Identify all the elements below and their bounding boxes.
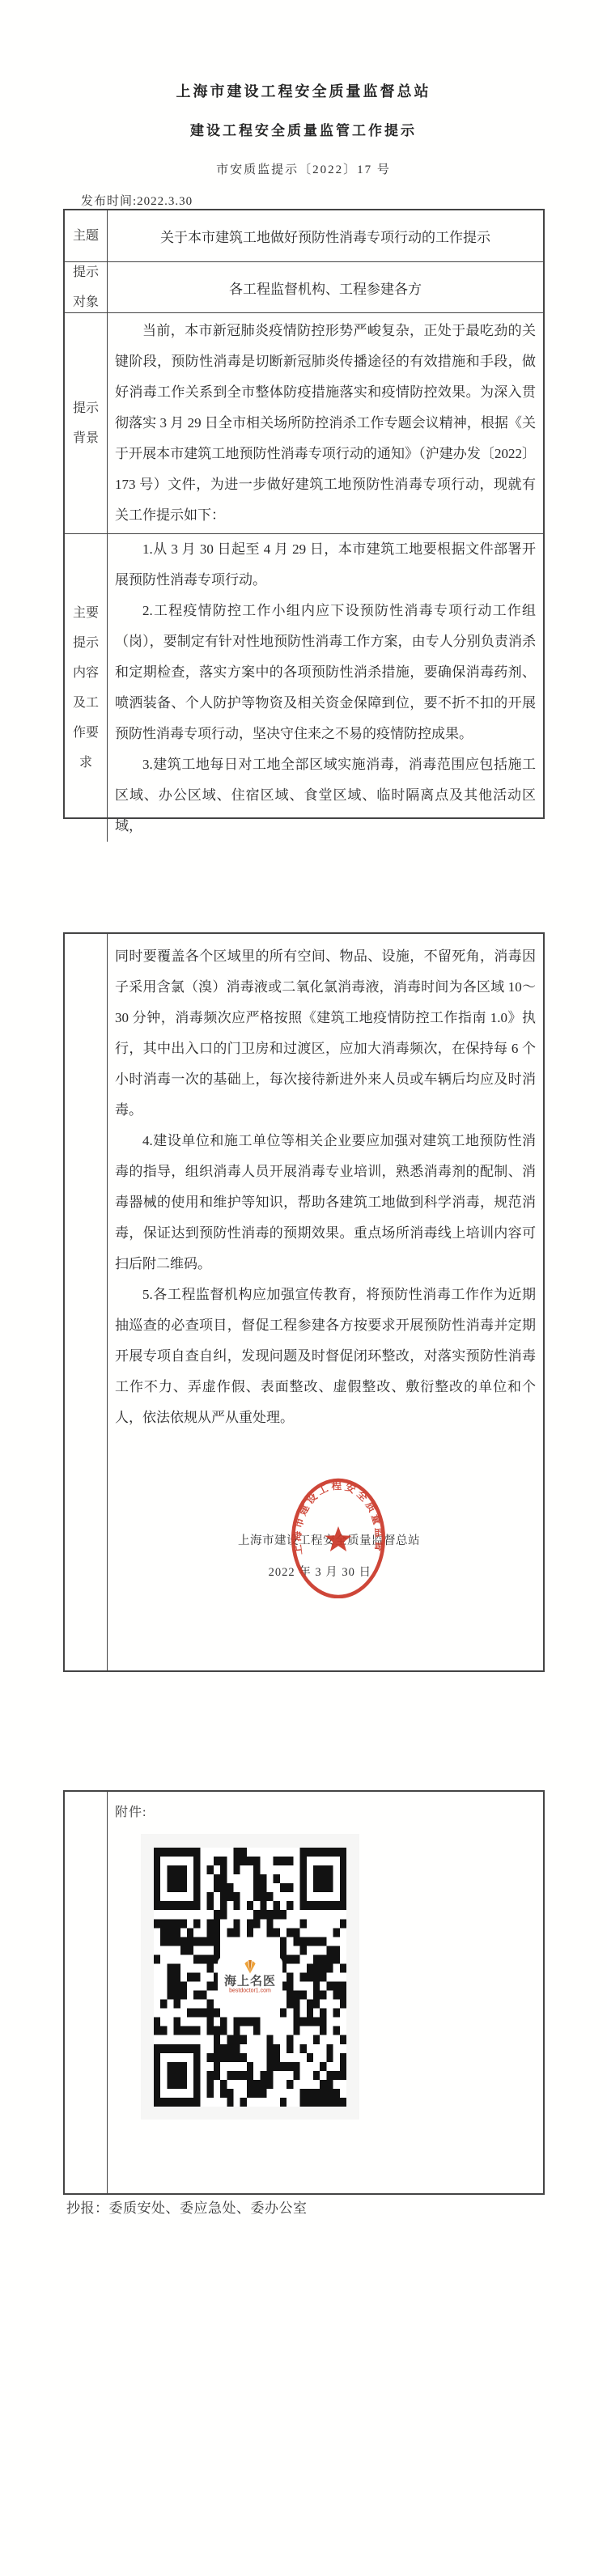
row-label-main-requirements: 主要 提示 内容 及工 作要 求	[65, 534, 108, 842]
org-title: 上海市建设工程安全质量监督总站	[0, 80, 607, 101]
signature-date: 2022 年 3 月 30 日	[269, 1563, 371, 1580]
qr-code: 海上名医 bestdoctor1.com	[154, 1848, 346, 2107]
row-background: 提示 背景 当前，本市新冠肺炎疫情防控形势严峻复杂，正处于最吃劲的关键阶段，预防…	[65, 313, 543, 534]
subject-content: 关于本市建筑工地做好预防性消毒专项行动的工作提示	[108, 210, 543, 261]
notice-table-page1: 主题 关于本市建筑工地做好预防性消毒专项行动的工作提示 提示 对象 各工程监督机…	[63, 209, 545, 819]
row-label-audience: 提示 对象	[65, 262, 108, 312]
qr-logo-subtitle: bestdoctor1.com	[218, 1988, 282, 1994]
notice-table-attachment: 附件: 海上名医 bestdoctor1.com	[63, 1790, 545, 2195]
requirement-item-4: 4.建设单位和施工单位等相关企业要应加强对建筑工地预防性消毒的指导，组织消毒人员…	[115, 1126, 536, 1280]
row-audience: 提示 对象 各工程监督机构、工程参建各方	[65, 262, 543, 313]
requirement-item-1: 1.从 3 月 30 日起至 4 月 29 日，本市建筑工地要根据文件部署开展预…	[115, 534, 536, 596]
background-content: 当前，本市新冠肺炎疫情防控形势严峻复杂，正处于最吃劲的关键阶段，预防性消毒是切断…	[108, 313, 543, 533]
notice-table-page2: 同时要覆盖各个区域里的所有空间、物品、设施，不留死角，消毒因子采用含氯（溴）消毒…	[63, 932, 545, 1672]
row-label-background: 提示 背景	[65, 313, 108, 533]
row-label-empty	[65, 934, 108, 1670]
row-label-empty-2	[65, 1792, 108, 2193]
row-label-subject: 主题	[65, 210, 108, 261]
doc-number: 市安质监提示〔2022〕17 号	[0, 160, 607, 177]
signature-org: 上海市建设工程安全质量监督总站	[238, 1531, 420, 1548]
requirement-item-5: 5.各工程监督机构应加强宣传教育，将预防性消毒工作作为近期抽巡查的必查项目，督促…	[115, 1280, 536, 1433]
notice-document-page: 上海市建设工程安全质量监督总站 建设工程安全质量监管工作提示 市安质监提示〔20…	[0, 0, 607, 2576]
requirement-item-3-continued: 同时要覆盖各个区域里的所有空间、物品、设施，不留死角，消毒因子采用含氯（溴）消毒…	[115, 941, 536, 1126]
attachment-content: 附件: 海上名医 bestdoctor1.com	[108, 1792, 543, 2193]
attachment-label: 附件:	[115, 1803, 536, 1823]
main-requirements-content: 1.从 3 月 30 日起至 4 月 29 日，本市建筑工地要根据文件部署开展预…	[108, 534, 543, 842]
seashell-icon	[240, 1959, 260, 1974]
requirement-item-2: 2.工程疫情防控工作小组内应下设预防性消毒专项行动工作组（岗），要制定有针对性地…	[115, 596, 536, 749]
background-paragraph: 当前，本市新冠肺炎疫情防控形势严峻复杂，正处于最吃劲的关键阶段，预防性消毒是切断…	[115, 316, 536, 531]
row-main-requirements: 主要 提示 内容 及工 作要 求 1.从 3 月 30 日起至 4 月 29 日…	[65, 534, 543, 842]
requirement-item-3: 3.建筑工地每日对工地全部区域实施消毒，消毒范围应包括施工区域、办公区域、住宿区…	[115, 749, 536, 842]
row-main-requirements-continued: 同时要覆盖各个区域里的所有空间、物品、设施，不留死角，消毒因子采用含氯（溴）消毒…	[65, 934, 543, 1670]
qr-center-logo: 海上名医 bestdoctor1.com	[218, 1956, 282, 1997]
audience-content: 各工程监督机构、工程参建各方	[108, 262, 543, 312]
doc-title: 建设工程安全质量监管工作提示	[0, 119, 607, 139]
copy-to-line: 抄报：委质安处、委应急处、委办公室	[66, 2196, 308, 2217]
row-subject: 主题 关于本市建筑工地做好预防性消毒专项行动的工作提示	[65, 210, 543, 262]
row-attachment: 附件: 海上名医 bestdoctor1.com	[65, 1792, 543, 2193]
publish-time: 发布时间:2022.3.30	[81, 192, 193, 209]
main-requirements-continued-content: 同时要覆盖各个区域里的所有空间、物品、设施，不留死角，消毒因子采用含氯（溴）消毒…	[108, 934, 543, 1670]
qr-image-frame: 海上名医 bestdoctor1.com	[141, 1834, 359, 2120]
qr-logo-title: 海上名医	[218, 1974, 282, 1988]
